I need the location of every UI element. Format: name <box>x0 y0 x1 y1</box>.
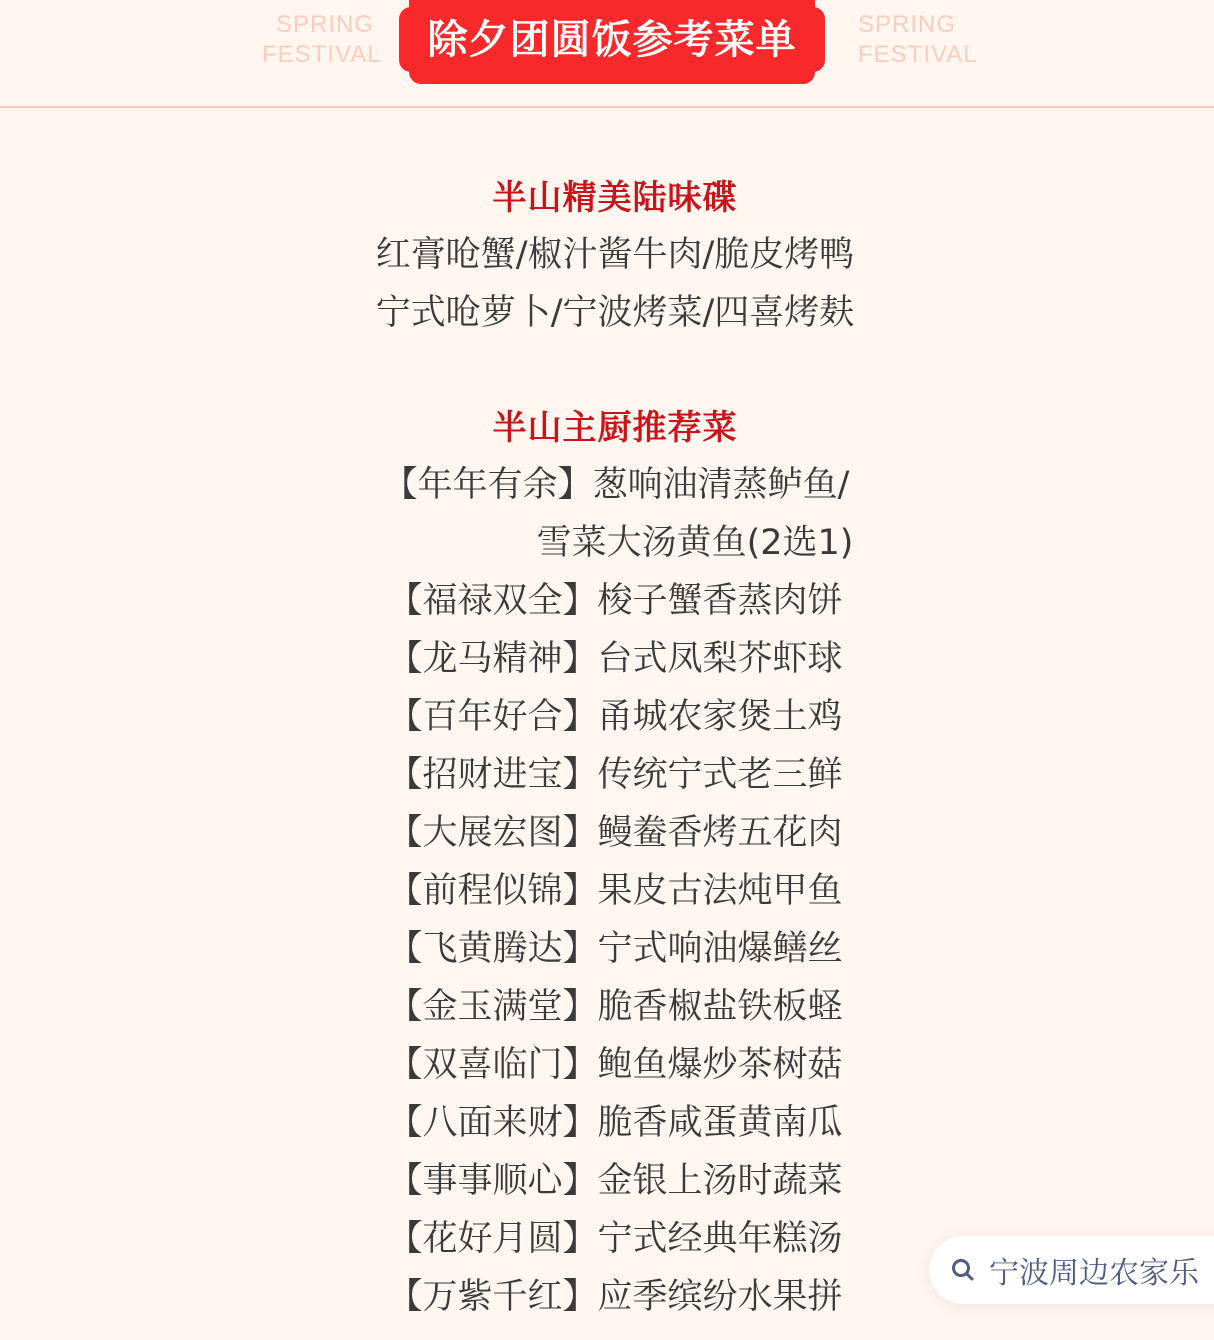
dish-name: 宁式响油爆鳝丝 <box>598 929 843 969</box>
spring-text: SPRING <box>262 10 374 40</box>
dish-name: 金银上汤时蔬菜 <box>598 1161 843 1201</box>
spring-festival-label-left: SPRING FESTIVAL <box>262 10 374 70</box>
search-suggestion-pill[interactable]: 宁波周边农家乐 <box>929 1236 1214 1304</box>
dish-blessing-name: 【飞黄腾达】 <box>387 929 597 969</box>
menu-header: SPRING FESTIVAL 除夕团圆饭参考菜单 SPRING FESTIVA… <box>0 0 1214 108</box>
dish-blessing-name: 【金玉满堂】 <box>387 987 597 1027</box>
dish-name: 梭子蟹香蒸肉饼 <box>598 581 843 621</box>
dish-blessing-name: 【前程似锦】 <box>387 871 597 911</box>
dish-item: 【前程似锦】果皮古法炖甲鱼 <box>0 862 1214 920</box>
dish-blessing-name: 【招财进宝】 <box>387 755 597 795</box>
dish-blessing-name: 【大展宏图】 <box>387 813 597 853</box>
dish-blessing-name: 【万紫千红】 <box>387 1277 597 1317</box>
dish-item: 【大展宏图】鳗鲞香烤五花肉 <box>0 804 1214 862</box>
page-title: 除夕团圆饭参考菜单 <box>399 12 825 68</box>
spring-text: SPRING <box>858 10 998 40</box>
search-icon <box>949 1256 977 1284</box>
cold-dishes-line: 宁式呛萝卜/宁波烤菜/四喜烤麸 <box>0 284 1214 342</box>
dish-blessing-name: 【福禄双全】 <box>387 581 597 621</box>
dish-name: 葱响油清蒸鲈鱼/ <box>593 465 850 505</box>
title-banner: 除夕团圆饭参考菜单 <box>399 0 825 84</box>
festival-text: FESTIVAL <box>858 40 998 70</box>
dish-name: 果皮古法炖甲鱼 <box>598 871 843 911</box>
dish-blessing-name: 【事事顺心】 <box>387 1161 597 1201</box>
section-title-cold-dishes: 半山精美陆味碟 <box>0 170 1214 226</box>
dish-item: 【飞黄腾达】宁式响油爆鳝丝 <box>0 920 1214 978</box>
dish-blessing-name: 【八面来财】 <box>387 1103 597 1143</box>
dish-item: 【百年好合】甬城农家煲土鸡 <box>0 688 1214 746</box>
dish-name: 应季缤纷水果拼 <box>598 1277 843 1317</box>
dish-name: 鳗鲞香烤五花肉 <box>598 813 843 853</box>
festival-text: FESTIVAL <box>262 40 374 70</box>
dish-name: 台式凤梨芥虾球 <box>598 639 843 679</box>
dish-item: 【金玉满堂】脆香椒盐铁板蛏 <box>0 978 1214 1036</box>
dish-name: 宁式经典年糕汤 <box>598 1219 843 1259</box>
dish-item: 【年年有余】葱响油清蒸鲈鱼/ <box>0 456 1214 514</box>
dish-blessing-name: 【双喜临门】 <box>387 1045 597 1085</box>
dish-item: 【事事顺心】金银上汤时蔬菜 <box>0 1152 1214 1210</box>
dish-name: 脆香椒盐铁板蛏 <box>598 987 843 1027</box>
section-title-chef-recommend: 半山主厨推荐菜 <box>0 400 1214 456</box>
menu-content: 半山精美陆味碟 红膏呛蟹/椒汁酱牛肉/脆皮烤鸭 宁式呛萝卜/宁波烤菜/四喜烤麸 … <box>0 170 1214 1326</box>
dish-blessing-name: 【年年有余】 <box>383 465 593 505</box>
section-spacer <box>0 342 1214 400</box>
search-suggestion-text: 宁波周边农家乐 <box>989 1248 1199 1292</box>
dish-item: 【龙马精神】台式凤梨芥虾球 <box>0 630 1214 688</box>
dish-name: 鲍鱼爆炒茶树菇 <box>598 1045 843 1085</box>
spring-festival-label-right: SPRING FESTIVAL <box>858 10 998 70</box>
dish-item: 【招财进宝】传统宁式老三鲜 <box>0 746 1214 804</box>
cold-dishes-line: 红膏呛蟹/椒汁酱牛肉/脆皮烤鸭 <box>0 226 1214 284</box>
dish-item: 【双喜临门】鲍鱼爆炒茶树菇 <box>0 1036 1214 1094</box>
dish-blessing-name: 【龙马精神】 <box>387 639 597 679</box>
dish-item: 【八面来财】脆香咸蛋黄南瓜 <box>0 1094 1214 1152</box>
dish-name: 甬城农家煲土鸡 <box>598 697 843 737</box>
dish-name: 传统宁式老三鲜 <box>598 755 843 795</box>
dish-blessing-name: 【百年好合】 <box>387 697 597 737</box>
dish-item: 【福禄双全】梭子蟹香蒸肉饼 <box>0 572 1214 630</box>
dish-item-continuation: 雪菜大汤黄鱼(2选1) <box>0 514 1214 572</box>
dish-name: 脆香咸蛋黄南瓜 <box>598 1103 843 1143</box>
dish-blessing-name: 【花好月圆】 <box>387 1219 597 1259</box>
